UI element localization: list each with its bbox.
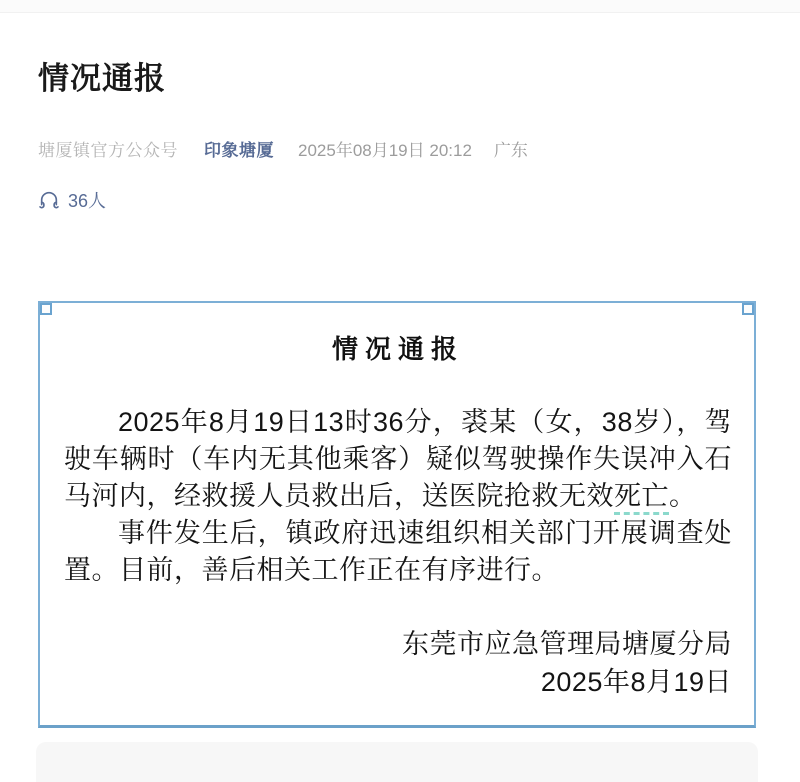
article-container: 情况通报 塘厦镇官方公众号 印象塘厦 2025年08月19日 20:12 广东 … xyxy=(0,53,800,728)
byline: 塘厦镇官方公众号 印象塘厦 2025年08月19日 20:12 广东 xyxy=(38,136,762,161)
top-strip xyxy=(0,0,800,13)
publish-date: 2025年08月19日 20:12 xyxy=(298,136,472,161)
notice-signature: 东莞市应急管理局塘厦分局 xyxy=(64,625,732,663)
account-name-link[interactable]: 印象塘厦 xyxy=(204,136,274,161)
listen-count: 36人 xyxy=(68,187,106,213)
notice-highlighted-text: 死亡 xyxy=(614,481,669,515)
selection-handle-top-left-icon[interactable] xyxy=(40,303,52,315)
publish-location: 广东 xyxy=(494,136,528,161)
notice-paragraph-2: 事件发生后，镇政府迅速组织相关部门开展调查处置。目前，善后相关工作正在有序进行。 xyxy=(64,515,732,589)
notice-paragraph-1-end: 。 xyxy=(669,481,697,511)
notice-paragraph-1: 2025年8月19日13时36分，裘某（女，38岁），驾驶车辆时（车内无其他乘客… xyxy=(64,404,732,515)
headphones-icon xyxy=(38,189,68,211)
notice-sign-date: 2025年8月19日 xyxy=(64,663,732,701)
official-account-label: 塘厦镇官方公众号 xyxy=(38,136,178,161)
notice-image[interactable]: 情况通报 2025年8月19日13时36分，裘某（女，38岁），驾驶车辆时（车内… xyxy=(38,301,756,728)
page-title: 情况通报 xyxy=(38,53,762,98)
notice-body: 2025年8月19日13时36分，裘某（女，38岁），驾驶车辆时（车内无其他乘客… xyxy=(64,404,732,589)
listen-audio-button[interactable]: 36人 xyxy=(38,187,762,213)
next-content-card[interactable] xyxy=(36,742,758,782)
selection-handle-top-right-icon[interactable] xyxy=(742,303,754,315)
notice-title: 情况通报 xyxy=(64,329,732,366)
